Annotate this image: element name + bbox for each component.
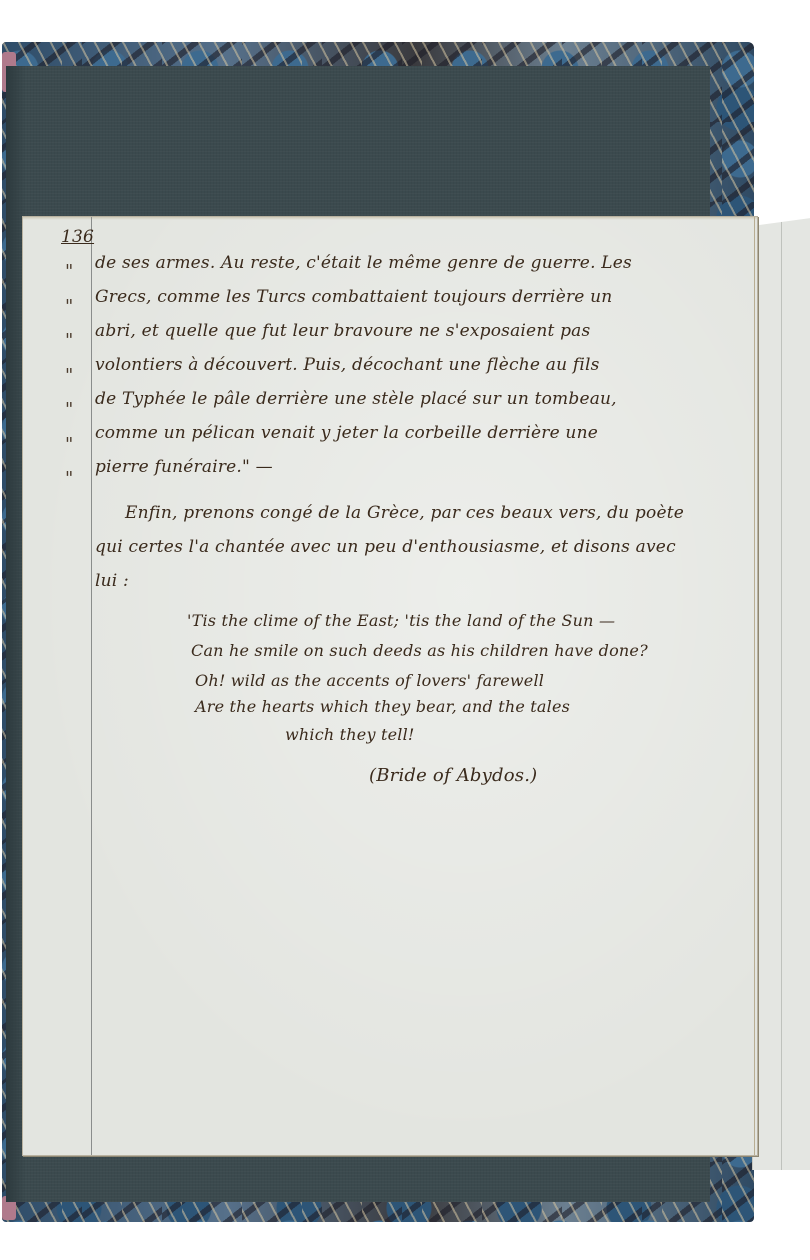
paragraph-line: qui certes l'a chantée avec un peu d'ent… bbox=[95, 537, 676, 557]
quote-mark: " bbox=[65, 255, 73, 290]
facing-page bbox=[752, 218, 810, 1170]
quoted-line: pierre funéraire." — bbox=[95, 457, 273, 477]
facing-page-fold bbox=[781, 218, 782, 1170]
quote-mark: " bbox=[65, 428, 73, 463]
quote-mark: " bbox=[65, 290, 73, 325]
leaf-right-edge bbox=[754, 217, 755, 1155]
verse-line: which they tell! bbox=[285, 725, 415, 744]
quote-mark: " bbox=[65, 393, 73, 428]
leaf-top-edge bbox=[23, 217, 757, 220]
quoted-line: comme un pélican venait y jeter la corbe… bbox=[95, 423, 598, 443]
quote-mark: " bbox=[65, 462, 73, 497]
verse-line: 'Tis the clime of the East; 'tis the lan… bbox=[187, 611, 615, 630]
quote-mark: " bbox=[65, 324, 73, 359]
quoted-line: abri, et quelle que fut leur bravoure ne… bbox=[95, 321, 590, 341]
page-number: 136 bbox=[61, 227, 94, 247]
quoted-line: de ses armes. Au reste, c'était le même … bbox=[95, 253, 632, 273]
quote-mark: " bbox=[65, 359, 73, 394]
quoted-line: volontiers à découvert. Puis, décochant … bbox=[95, 355, 600, 375]
verse-line: Oh! wild as the accents of lovers' farew… bbox=[195, 671, 544, 690]
verse-line: Are the hearts which they bear, and the … bbox=[195, 697, 570, 716]
quoted-line: Grecs, comme les Turcs combattaient touj… bbox=[95, 287, 612, 307]
margin-quote-marks: " " " " " " " bbox=[65, 255, 73, 497]
quoted-line: de Typhée le pâle derrière une stèle pla… bbox=[95, 389, 617, 409]
verse-line: Can he smile on such deeds as his childr… bbox=[191, 641, 648, 660]
verse-attribution: (Bride of Abydos.) bbox=[369, 765, 537, 786]
paragraph-line: lui : bbox=[95, 571, 129, 591]
margin-rule bbox=[91, 217, 92, 1155]
paragraph-line: Enfin, prenons congé de la Grèce, par ce… bbox=[125, 503, 684, 523]
manuscript-leaf: 136 " " " " " " " de ses armes. Au reste… bbox=[22, 216, 758, 1156]
